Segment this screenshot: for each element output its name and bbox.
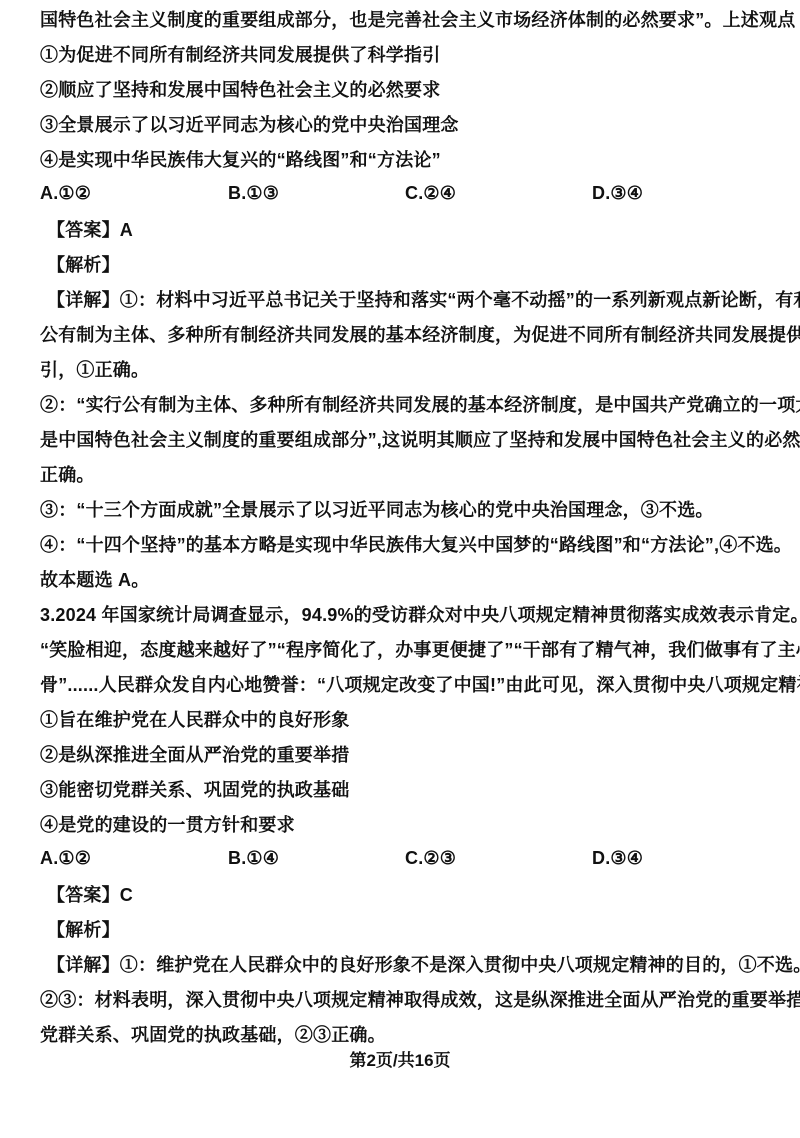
question3-statement-2: ②是纵深推进全面从严治党的重要举措: [40, 736, 768, 771]
answer-option: A.①②: [40, 183, 228, 204]
question2-statement-2: ②顺应了坚持和发展中国特色社会主义的必然要求: [40, 71, 768, 106]
answer-option: B.①③: [228, 183, 405, 204]
question2-options-row: A.①②B.①③C.②④D.③④: [40, 176, 768, 211]
answer-option: D.③④: [592, 848, 768, 869]
question3-stem-line-3: 骨”......人民群众发自内心地赞誉：“八项规定改变了中国!”由此可见，深入贯…: [40, 666, 768, 701]
question3-statement-3: ③能密切党群关系、巩固党的执政基础: [40, 771, 768, 806]
question2-explanation-line-7: ③：“十三个方面成就”全景展示了以习近平同志为核心的党中央治国理念，③不选。: [40, 491, 768, 526]
question2-stem-line: 国特色社会主义制度的重要组成部分，也是完善社会主义市场经济体制的必然要求”。上述…: [40, 1, 768, 36]
question3-answer-line: 【答案】C: [40, 876, 768, 911]
answer-option: B.①④: [228, 848, 405, 869]
question2-statement-4: ④是实现中华民族伟大复兴的“路线图”和“方法论”: [40, 141, 768, 176]
question2-explanation-line-5: 是中国特色社会主义制度的重要组成部分”,这说明其顺应了坚持和发展中国特色社会主义…: [40, 421, 768, 456]
question2-analysis-label: 【解析】: [40, 246, 768, 281]
question2-statement-1: ①为促进不同所有制经济共同发展提供了科学指引: [40, 36, 768, 71]
question2-explanation-line-6: 正确。: [40, 456, 768, 491]
document-page: 国特色社会主义制度的重要组成部分，也是完善社会主义市场经济体制的必然要求”。上述…: [0, 0, 800, 1138]
question3-statement-1: ①旨在维护党在人民群众中的良好形象: [40, 701, 768, 736]
question3-analysis-label: 【解析】: [40, 911, 768, 946]
question2-explanation-line-8: ④：“十四个坚持”的基本方略是实现中华民族伟大复兴中国梦的“路线图”和“方法论”…: [40, 526, 768, 561]
question2-explanation-line-1: 【详解】①：材料中习近平总书记关于坚持和落实“两个毫不动摇”的一系列新观点新论断…: [40, 281, 768, 316]
question2-explanation-line-2: 公有制为主体、多种所有制经济共同发展的基本经济制度，为促进不同所有制经济共同发展…: [40, 316, 768, 351]
question2-explanation-line-3: 引，①正确。: [40, 351, 768, 386]
question3-stem-line-1: 3.2024 年国家统计局调查显示，94.9%的受访群众对中央八项规定精神贯彻落…: [40, 596, 768, 631]
question2-conclusion-line: 故本题选 A。: [40, 561, 768, 596]
answer-option: C.②④: [405, 183, 592, 204]
question3-options-row: A.①②B.①④C.②③D.③④: [40, 841, 768, 876]
page-footer: 第2页/共16页: [0, 1046, 800, 1071]
question3-explanation-line-1: 【详解】①：维护党在人民群众中的良好形象不是深入贯彻中央八项规定精神的目的，①不…: [40, 946, 768, 981]
answer-option: A.①②: [40, 848, 228, 869]
question3-statement-4: ④是党的建设的一贯方针和要求: [40, 806, 768, 841]
question2-statement-3: ③全景展示了以习近平同志为核心的党中央治国理念: [40, 106, 768, 141]
page-number: 第2页/共16页: [349, 1051, 450, 1070]
question2-explanation-line-4: ②：“实行公有制为主体、多种所有制经济共同发展的基本经济制度，是中国共产党确立的…: [40, 386, 768, 421]
answer-option: D.③④: [592, 183, 768, 204]
document-content: 国特色社会主义制度的重要组成部分，也是完善社会主义市场经济体制的必然要求”。上述…: [40, 1, 768, 1051]
question2-answer-line: 【答案】A: [40, 211, 768, 246]
question3-explanation-line-2: ②③：材料表明，深入贯彻中央八项规定精神取得成效，这是纵深推进全面从严治党的重要…: [40, 981, 768, 1016]
question3-stem-line-2: “笑脸相迎，态度越来越好了”“程序简化了，办事更便捷了”“干部有了精气神，我们做…: [40, 631, 768, 666]
answer-option: C.②③: [405, 848, 592, 869]
